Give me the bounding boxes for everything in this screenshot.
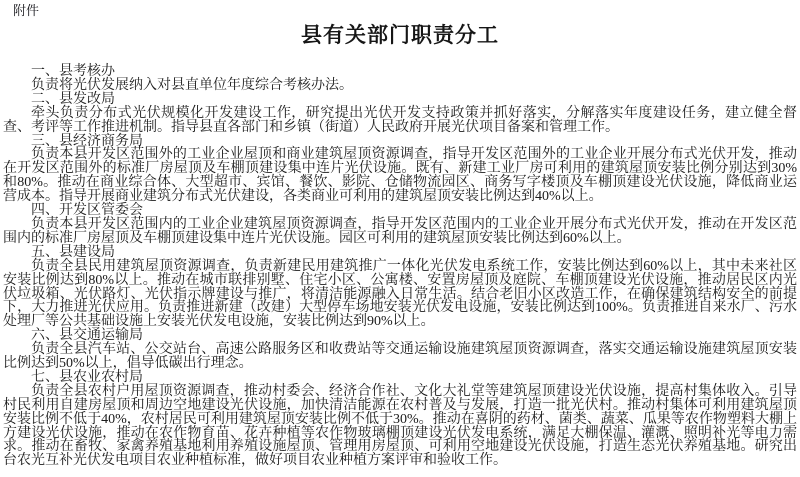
document-body: 一、县考核办 负责将光伏发展纳入对县直单位年度综合考核办法。 二、县发改局 牵头…: [0, 65, 800, 468]
section-1-body: 负责将光伏发展纳入对县直单位年度综合考核办法。: [3, 79, 797, 93]
page-title: 县有关部门职责分工: [0, 0, 800, 48]
section-2: 二、县发改局 牵头负责分布式光伏规模化开发建设工作，研究提出光伏开发支持政策并抓…: [3, 93, 797, 135]
section-5: 五、县建设局 负责全县民用建筑屋顶资源调查，负责新建民用建筑推广一体化光伏发电系…: [3, 246, 797, 329]
section-7: 七、县农业农村局 负责全县农村户用屋顶资源调查，推动村委会、经济合作社、文化大礼…: [3, 371, 797, 468]
section-2-heading: 二、县发改局: [3, 93, 797, 107]
document-page: 附件 县有关部门职责分工 一、县考核办 负责将光伏发展纳入对县直单位年度综合考核…: [0, 0, 800, 477]
section-3: 三、县经济商务局 负责本县开发区范围外的工业企业屋顶和商业建筑屋顶资源调查，指导…: [3, 135, 797, 205]
section-1-heading: 一、县考核办: [3, 65, 797, 79]
section-2-body: 牵头负责分布式光伏规模化开发建设工作，研究提出光伏开发支持政策并抓好落实，分解落…: [3, 107, 797, 135]
section-5-body: 负责全县民用建筑屋顶资源调查，负责新建民用建筑推广一体化光伏发电系统工作，安装比…: [3, 260, 797, 330]
section-5-heading: 五、县建设局: [3, 246, 797, 260]
section-4: 四、开发区管委会 负责本县开发区范围内的工业企业建筑屋顶资源调查，指导开发区范围…: [3, 204, 797, 246]
attachment-label: 附件: [13, 3, 39, 18]
section-6: 六、县交通运输局 负责全县汽车站、公交站台、高速公路服务区和收费站等交通运输设施…: [3, 329, 797, 371]
section-4-heading: 四、开发区管委会: [3, 204, 797, 218]
section-4-body: 负责本县开发区范围内的工业企业建筑屋顶资源调查，指导开发区范围内的工业企业开展分…: [3, 218, 797, 246]
section-7-body: 负责全县农村户用屋顶资源调查，推动村委会、经济合作社、文化大礼堂等建筑屋顶建设光…: [3, 385, 797, 468]
section-3-body: 负责本县开发区范围外的工业企业屋顶和商业建筑屋顶资源调查，指导开发区范围外的工业…: [3, 148, 797, 204]
section-6-body: 负责全县汽车站、公交站台、高速公路服务区和收费站等交通运输设施建筑屋顶资源调查，…: [3, 343, 797, 371]
section-7-heading: 七、县农业农村局: [3, 371, 797, 385]
section-1: 一、县考核办 负责将光伏发展纳入对县直单位年度综合考核办法。: [3, 65, 797, 93]
